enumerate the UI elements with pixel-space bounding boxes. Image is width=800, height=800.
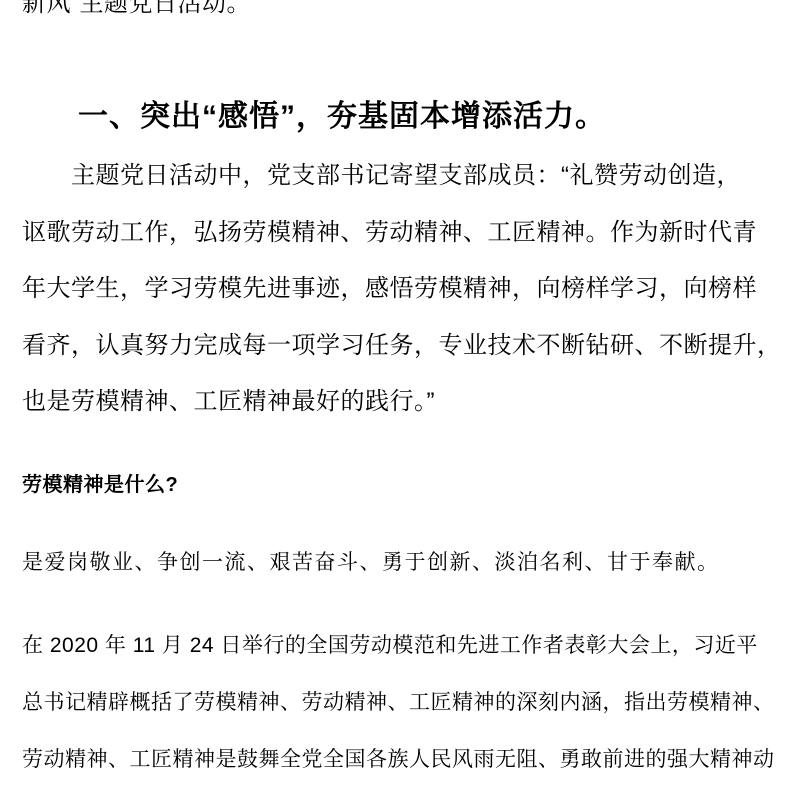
section-heading: 一、突出“感悟”，夯基固本增添活力。 xyxy=(78,102,606,132)
paragraph-line: 年大学生，学习劳模先进事迹，感悟劳模精神，向榜样学习，向榜样 xyxy=(22,277,757,301)
paragraph-line: 看齐，认真努力完成每一项学习任务，专业技术不断钻研、不断提升， xyxy=(22,334,782,358)
paragraph-line: 也是劳模精神、工匠精神最好的践行。” xyxy=(22,390,435,414)
paragraph-line: 劳动精神、工匠精神是鼓舞全党全国各族人民风雨无阻、勇敢前进的强大精神动 xyxy=(22,749,775,770)
paragraph-line: 总书记精辟概括了劳模精神、劳动精神、工匠精神的深刻内涵，指出劳模精神、 xyxy=(22,692,775,713)
clipped-top-line: 新风”主题党日活动。 xyxy=(22,0,251,16)
paragraph-line: 主题党日活动中，党支部书记寄望支部成员：“礼赞劳动创造， xyxy=(22,164,741,188)
question-subheading: 劳模精神是什么? xyxy=(22,475,178,495)
paragraph-line: 在 2020 年 11 月 24 日举行的全国劳动模范和先进工作者表彰大会上，习… xyxy=(22,635,758,656)
paragraph-line: 讴歌劳动工作，弘扬劳模精神、劳动精神、工匠精神。作为新时代青 xyxy=(22,221,757,245)
spirit-definition-line: 是爱岗敬业、争创一流、艰苦奋斗、勇于创新、淡泊名利、甘于奉献。 xyxy=(22,552,720,573)
